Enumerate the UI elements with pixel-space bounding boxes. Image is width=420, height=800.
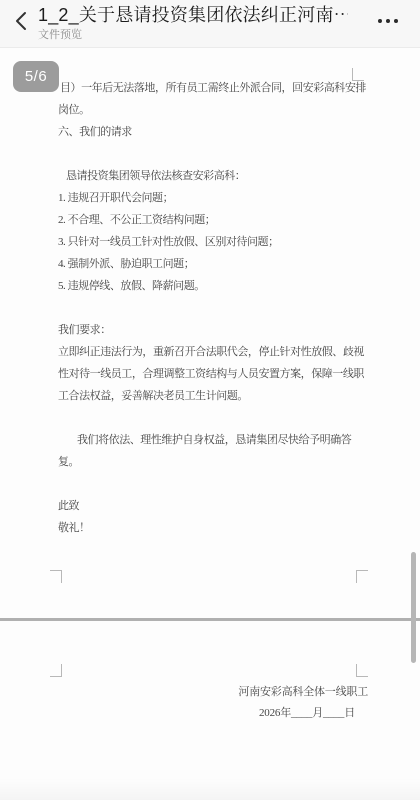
page-divider	[0, 618, 420, 621]
doc-line: 此致	[58, 495, 366, 517]
doc-line: 我们将依法、理性维护自身权益，恳请集团尽快给予明确答	[58, 429, 366, 451]
document-page-6-signature: 河南安彩高科全体一线职工 2026年____月____日	[238, 682, 368, 724]
scrollbar[interactable]	[411, 552, 416, 663]
bottom-fade	[0, 778, 420, 800]
doc-line: 岗位。	[58, 99, 366, 121]
page-subtitle: 文件预览	[38, 28, 348, 43]
more-menu-button[interactable]	[374, 10, 402, 32]
chevron-left-icon	[15, 11, 27, 36]
crop-mark-page5-bottom-left	[50, 570, 62, 583]
doc-line: 5. 违规停线、放假、降薪问题。	[58, 275, 366, 297]
doc-line: 目）一年后无法落地，所有员工需终止外派合同，回安彩高科安排	[58, 77, 366, 99]
doc-line	[58, 143, 366, 165]
crop-mark-page5-bottom-right	[356, 570, 368, 583]
doc-line	[58, 473, 366, 495]
doc-line	[58, 407, 366, 429]
doc-line: 2. 不合理、不公正工资结构问题；	[58, 209, 366, 231]
doc-line: 4. 强制外派、胁迫职工问题；	[58, 253, 366, 275]
header-titles: 1_2_关于恳请投资集团依法纠正河南⋯ 文件预览	[38, 3, 348, 43]
doc-line: 恳请投资集团领导依法核查安彩高科：	[58, 165, 366, 187]
file-title: 1_2_关于恳请投资集团依法纠正河南⋯	[38, 3, 348, 27]
doc-line: 复。	[58, 451, 366, 473]
doc-line: 六、我们的请求	[58, 121, 366, 143]
page-indicator-badge: 5/6	[13, 61, 59, 92]
signature-name: 河南安彩高科全体一线职工	[238, 682, 368, 703]
crop-mark-page6-top-left	[50, 664, 62, 677]
doc-line: 性对待一线员工，合理调整工资结构与人员安置方案，保障一线职	[58, 363, 366, 385]
doc-line: 立即纠正违法行为，重新召开合法职代会，停止针对性放假、歧视	[58, 341, 366, 363]
signature-date: 2026年____月____日	[238, 703, 368, 724]
doc-line: 1. 违规召开职代会问题；	[58, 187, 366, 209]
doc-line: 3. 只针对一线员工针对性放假、区别对待问题；	[58, 231, 366, 253]
ellipsis-icon	[378, 19, 398, 23]
doc-line	[58, 297, 366, 319]
doc-line: 工合法权益，妥善解决老员工生计问题。	[58, 385, 366, 407]
preview-header: 1_2_关于恳请投资集团依法纠正河南⋯ 文件预览	[0, 0, 420, 48]
doc-line: 我们要求：	[58, 319, 366, 341]
doc-line: 敬礼！	[58, 517, 366, 539]
back-button[interactable]	[6, 6, 36, 40]
crop-mark-page6-top-right	[356, 664, 368, 677]
document-page-5: 目）一年后无法落地，所有员工需终止外派合同，回安彩高科安排 岗位。 六、我们的请…	[58, 77, 366, 539]
